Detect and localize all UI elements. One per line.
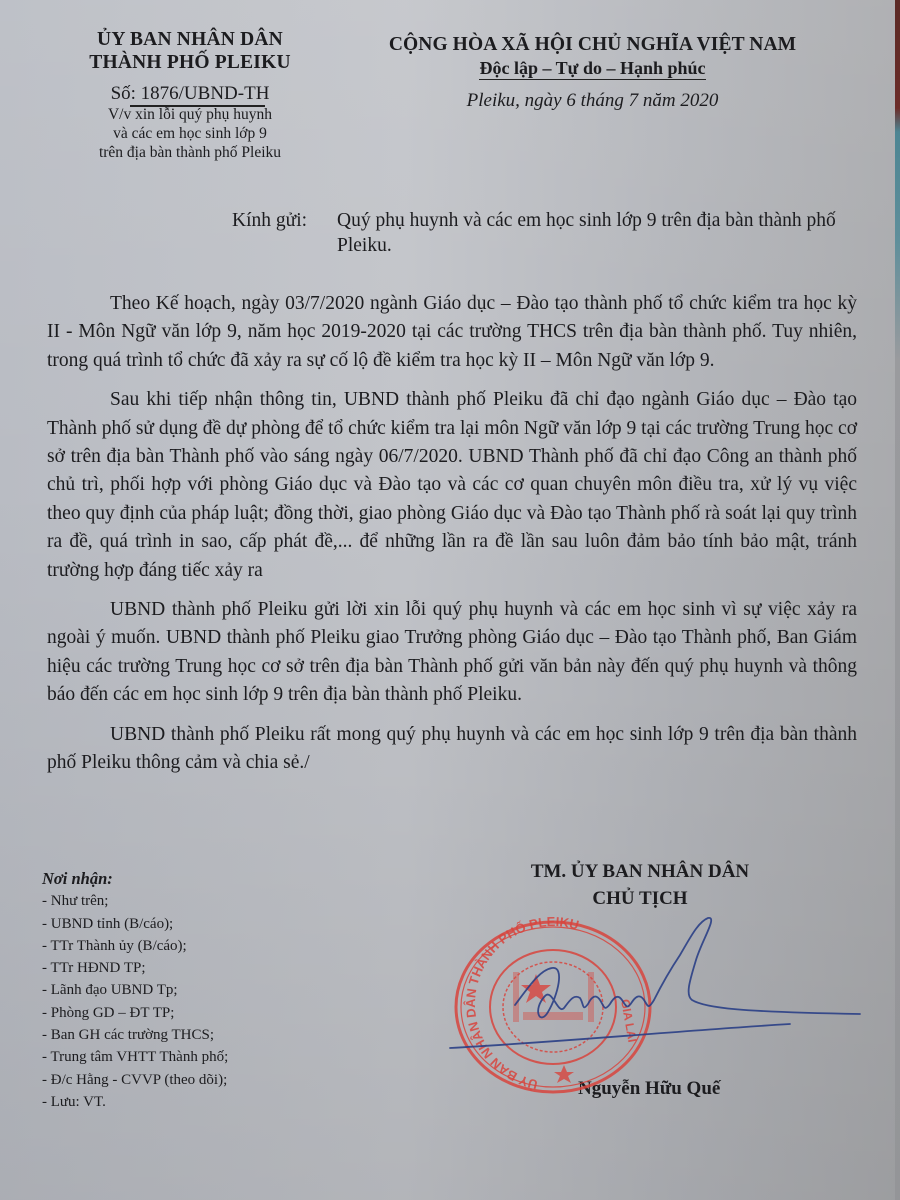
recipient-item: - TTr Thành ủy (B/cáo); <box>42 935 342 957</box>
authority-underline <box>130 105 265 107</box>
recipient-item: - Đ/c Hằng - CVVP (theo dõi); <box>42 1069 342 1091</box>
recipient-item: - Phòng GD – ĐT TP; <box>42 1002 342 1024</box>
recipients-title: Nơi nhận: <box>42 868 342 890</box>
handwritten-signature-icon <box>440 900 870 1080</box>
signatory-on-behalf: TM. ỦY BAN NHÂN DÂN <box>480 858 800 885</box>
recipient-item: - Lãnh đạo UBND Tp; <box>42 979 342 1001</box>
recipient-item: - TTr HĐND TP; <box>42 957 342 979</box>
body-paragraph-3: UBND thành phố Pleiku gửi lời xin lỗi qu… <box>47 596 857 710</box>
recipient-item: - UBND tỉnh (B/cáo); <box>42 913 342 935</box>
place-date: Pleiku, ngày 6 tháng 7 năm 2020 <box>325 89 860 113</box>
recipients-list: Nơi nhận: - Như trên; - UBND tỉnh (B/cáo… <box>42 868 342 1113</box>
recipient-label: Kính gửi: <box>232 208 307 233</box>
recipient-item: - Lưu: VT. <box>42 1091 342 1113</box>
body-paragraph-4: UBND thành phố Pleiku rất mong quý phụ h… <box>47 721 857 778</box>
subject-line-2: và các em học sinh lớp 9 <box>55 124 325 143</box>
issuing-authority-line1: ỦY BAN NHÂN DÂN <box>55 28 325 51</box>
subject-line-1: V/v xin lỗi quý phụ huynh <box>55 105 325 124</box>
issuing-authority-line2: THÀNH PHỐ PLEIKU <box>55 51 325 74</box>
letter-body: Theo Kế hoạch, ngày 03/7/2020 ngành Giáo… <box>47 290 857 789</box>
national-motto: Độc lập – Tự do – Hạnh phúc <box>479 57 705 80</box>
national-title: CỘNG HÒA XÃ HỘI CHỦ NGHĨA VIỆT NAM <box>325 33 860 57</box>
document-number: Số: 1876/UBND-TH <box>55 82 325 105</box>
national-header-block: CỘNG HÒA XÃ HỘI CHỦ NGHĨA VIỆT NAM Độc l… <box>325 33 860 113</box>
subject-line-3: trên địa bàn thành phố Pleiku <box>55 143 325 162</box>
photo-edge <box>895 0 900 1200</box>
body-paragraph-1: Theo Kế hoạch, ngày 03/7/2020 ngành Giáo… <box>47 290 857 375</box>
recipient-item: - Như trên; <box>42 890 342 912</box>
recipient-item: - Ban GH các trường THCS; <box>42 1024 342 1046</box>
body-paragraph-2: Sau khi tiếp nhận thông tin, UBND thành … <box>47 386 857 585</box>
recipient-text: Quý phụ huynh và các em học sinh lớp 9 t… <box>337 208 847 258</box>
issuing-authority-block: ỦY BAN NHÂN DÂN THÀNH PHỐ PLEIKU Số: 187… <box>55 28 325 162</box>
recipient-item: - Trung tâm VHTT Thành phố; <box>42 1046 342 1068</box>
